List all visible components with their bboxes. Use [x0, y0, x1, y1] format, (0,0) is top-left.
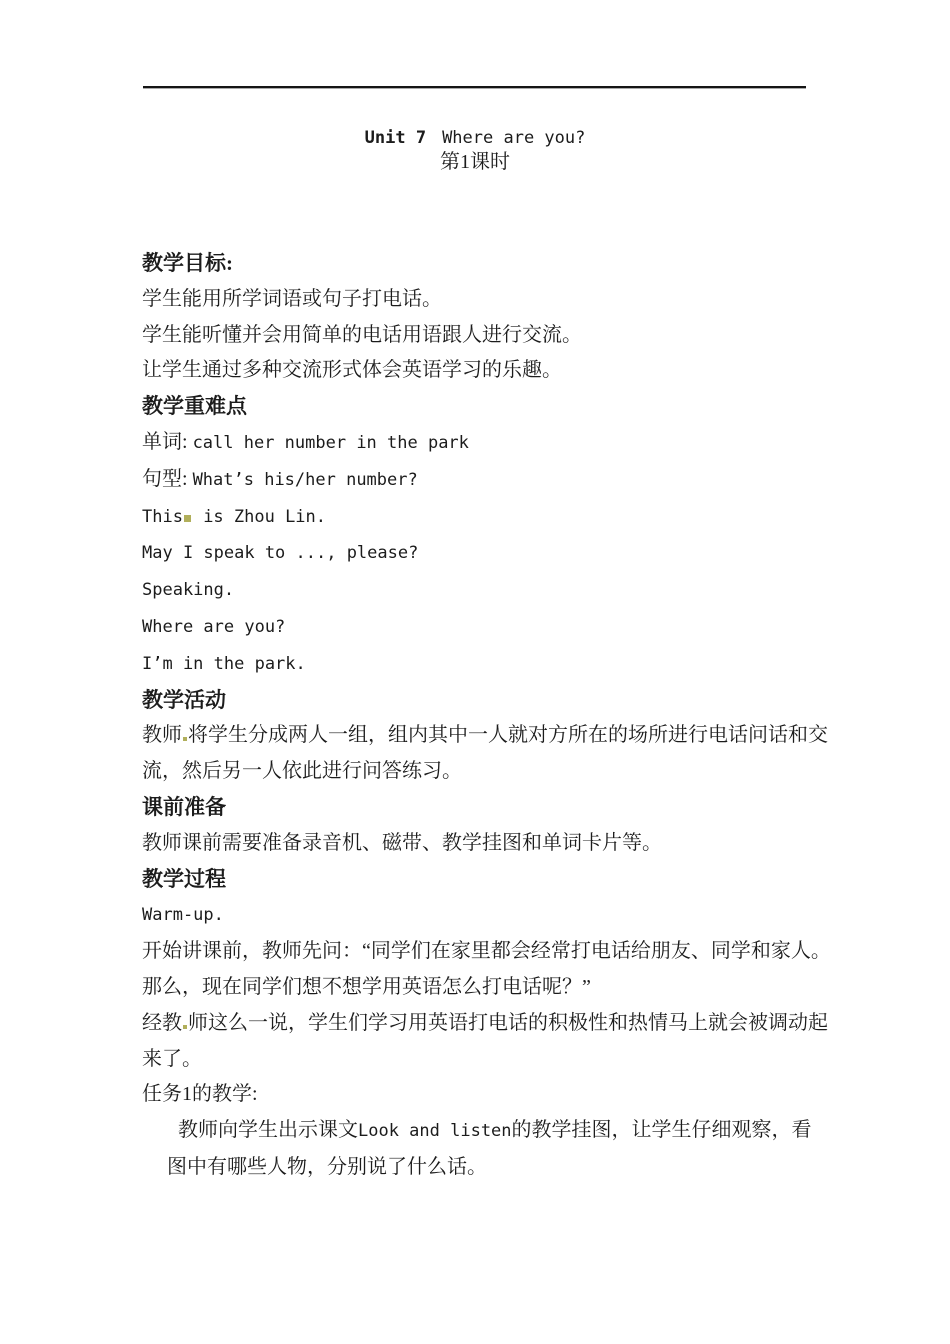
text-run: 学生能用所学词语或句子打电话。 — [142, 288, 442, 310]
text-run: 师这么一说，学生们学习用英语打电话的积极性和热情马上就会被调动起 — [188, 1012, 828, 1034]
paragraph: 任务1的教学: — [142, 1077, 854, 1113]
paragraph: 学生能用所学词语或句子打电话。 — [142, 282, 854, 318]
text-run: Where are you? — [142, 617, 285, 637]
text-run: 教师向学生出示课文 — [178, 1119, 358, 1141]
text-run: 将学生分成两人一组，组内其中一人就对方所在的场所进行电话问话和交 — [188, 724, 828, 746]
text-run: 课前准备 — [142, 795, 226, 819]
title-text: Where are you? — [442, 128, 585, 148]
paragraph: 教学活动 — [142, 683, 854, 719]
text-run: Speaking. — [142, 580, 234, 600]
text-run: I’m in the park. — [142, 654, 306, 674]
text-run: 图中有哪些人物，分别说了什么话。 — [167, 1156, 487, 1178]
text-run: 经教 — [142, 1012, 182, 1034]
text-run: 教学过程 — [142, 867, 226, 891]
text-run: What’s his/her number? — [193, 470, 418, 490]
paragraph: 经教师这么一说，学生们学习用英语打电话的积极性和热情马上就会被调动起来了。 — [142, 1006, 854, 1078]
text-run: 学生能听懂并会用简单的电话用语跟人进行交流。 — [142, 324, 582, 346]
paragraph: I’m in the park. — [142, 646, 854, 683]
paragraph: 教师将学生分成两人一组，组内其中一人就对方所在的场所进行电话问话和交流，然后另一… — [142, 718, 854, 790]
title-unit-label: Unit 7 — [365, 128, 426, 148]
paragraph: 让学生通过多种交流形式体会英语学习的乐趣。 — [142, 353, 854, 389]
document-title: Unit 7Where are you? — [0, 126, 950, 150]
paragraph: Speaking. — [142, 572, 854, 609]
document-title-block: Unit 7Where are you? 第1课时 — [0, 126, 950, 174]
text-run: 的教学挂图，让学生仔细观察，看 — [512, 1119, 812, 1141]
text-run: This — [142, 507, 183, 527]
text-run: 来了。 — [142, 1048, 202, 1070]
text-run: 单词: — [142, 431, 193, 453]
proofing-marker-icon — [184, 515, 191, 522]
paragraph: 单词: call her number in the park — [142, 425, 854, 462]
paragraph: 教师向学生出示课文Look and listen的教学挂图，让学生仔细观察，看图… — [167, 1113, 854, 1186]
paragraph: May I speak to ..., please? — [142, 535, 854, 572]
paragraph: This is Zhou Lin. — [142, 499, 854, 536]
text-run: May I speak to ..., please? — [142, 543, 418, 563]
paragraph: 学生能听懂并会用简单的电话用语跟人进行交流。 — [142, 318, 854, 354]
proofing-marker-icon — [183, 737, 187, 741]
text-run: 让学生通过多种交流形式体会英语学习的乐趣。 — [142, 359, 562, 381]
document-body: 教学目标:学生能用所学词语或句子打电话。学生能听懂并会用简单的电话用语跟人进行交… — [142, 246, 854, 1186]
proofing-marker-icon — [183, 1025, 187, 1029]
paragraph: Warm-up. — [142, 897, 854, 934]
text-run: 教学目标: — [142, 251, 233, 275]
text-run: 教学活动 — [142, 688, 226, 712]
paragraph: 开始讲课前，教师先问：“同学们在家里都会经常打电话给朋友、同学和家人。那么，现在… — [142, 934, 854, 1006]
text-run: 教师 — [142, 724, 182, 746]
text-run: 那么，现在同学们想不想学用英语怎么打电话呢？” — [142, 976, 591, 998]
paragraph: 教师课前需要准备录音机、磁带、教学挂图和单词卡片等。 — [142, 826, 854, 862]
text-run: 流，然后另一人依此进行问答练习。 — [142, 760, 462, 782]
text-run: 开始讲课前，教师先问：“同学们在家里都会经常打电话给朋友、同学和家人。 — [142, 940, 831, 962]
paragraph: 教学过程 — [142, 862, 854, 898]
text-run: Look and listen — [358, 1121, 512, 1141]
text-run: 教学重难点 — [142, 394, 247, 418]
paragraph: 句型: What’s his/her number? — [142, 462, 854, 499]
paragraph: 教学重难点 — [142, 389, 854, 425]
text-run: is Zhou Lin. — [193, 507, 326, 527]
document-page: Unit 7Where are you? 第1课时 教学目标:学生能用所学词语或… — [0, 0, 950, 1344]
paragraph: Where are you? — [142, 609, 854, 646]
paragraph: 课前准备 — [142, 790, 854, 826]
text-run: Warm-up. — [142, 905, 224, 925]
text-run: call her number in the park — [193, 433, 469, 453]
text-run: 句型: — [142, 468, 193, 490]
text-run: 任务1的教学: — [142, 1083, 258, 1105]
document-subtitle: 第1课时 — [0, 150, 950, 174]
text-run: 教师课前需要准备录音机、磁带、教学挂图和单词卡片等。 — [142, 832, 662, 854]
horizontal-rule — [143, 86, 806, 89]
paragraph: 教学目标: — [142, 246, 854, 282]
